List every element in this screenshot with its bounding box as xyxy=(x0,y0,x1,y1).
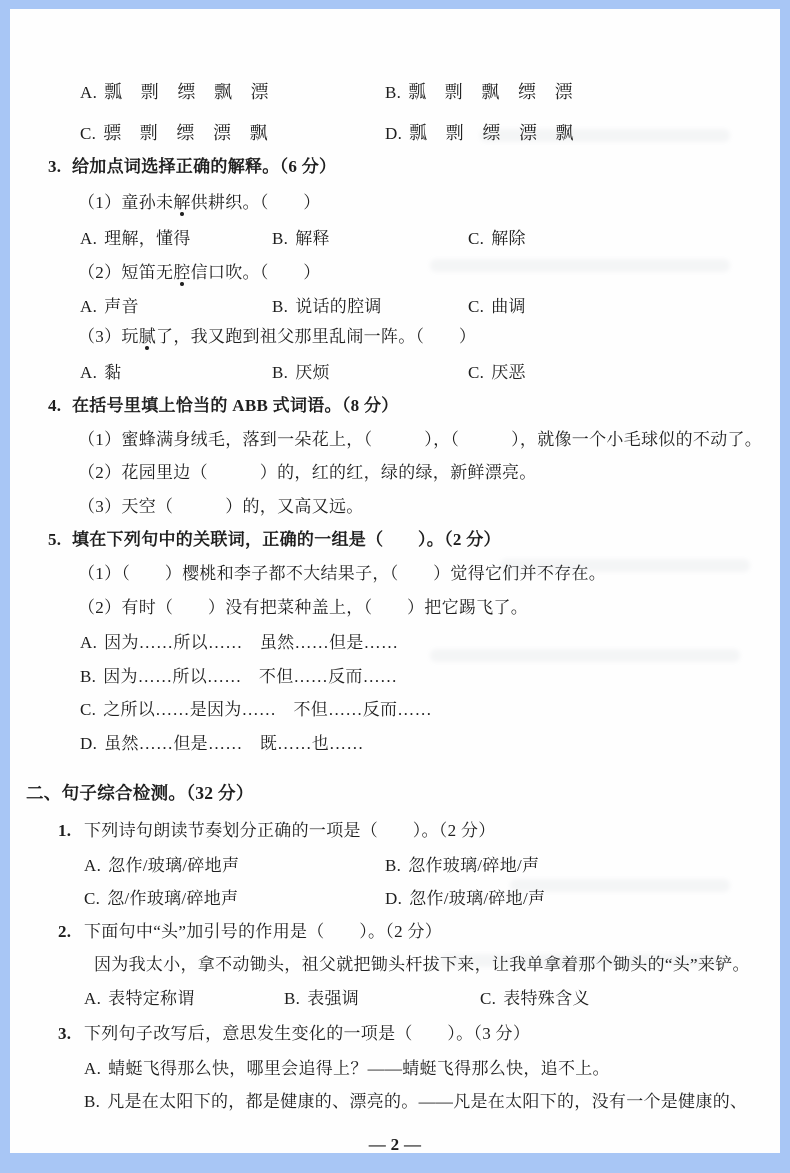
option-b: B.表强调 xyxy=(284,985,359,1013)
option-label: A. xyxy=(84,989,101,1008)
char-options-row-1: A.瓢 剽 缥 飘 漂 B.瓢 剽 飘 缥 漂 xyxy=(80,78,760,106)
bleedthrough-smudge xyxy=(430,649,740,662)
option-text: 瓢 剽 缥 漂 飘 xyxy=(409,123,574,143)
option-a: A.表特定称谓 xyxy=(84,985,195,1013)
question-number: 3. xyxy=(48,153,72,181)
option-text: 因为……所以…… 不但……反而…… xyxy=(103,667,397,686)
option-a: A.瓢 剽 缥 飘 漂 xyxy=(80,78,269,107)
option-b: B.瓢 剽 飘 缥 漂 xyxy=(385,78,573,107)
option-b: B.厌烦 xyxy=(272,359,330,387)
option-text: 声音 xyxy=(104,297,139,316)
option-text: 虽然……但是…… 既……也…… xyxy=(104,734,364,753)
q3-item-1-options: A.理解，懂得 B.解释 C.解除 xyxy=(80,225,760,253)
option-a: A.理解，懂得 xyxy=(80,225,191,253)
question-4-title: 4.在括号里填上恰当的 ABB 式词语。（8 分） xyxy=(48,392,399,420)
option-text: 忽/作玻璃/碎地声 xyxy=(107,889,238,908)
q5-option-b: B.因为……所以…… 不但……反而…… xyxy=(80,663,397,691)
page-number: — 2 — xyxy=(10,1131,780,1159)
option-label: C. xyxy=(468,297,484,316)
item-label: （1） xyxy=(78,193,121,212)
s2-q1-options-row-2: C.忽/作玻璃/碎地声 D.忽作/玻璃/碎地/声 xyxy=(84,885,760,913)
s2-q3-option-b: B.凡是在太阳下的，都是健康的、漂亮的。——凡是在太阳下的，没有一个是健康的、 xyxy=(84,1088,747,1116)
s2-q3-option-a: A.蜻蜓飞得那么快，哪里会追得上？——蜻蜓飞得那么快，追不上。 xyxy=(84,1055,610,1083)
option-label: D. xyxy=(385,124,402,143)
s2-question-1-title: 1.下列诗句朗读节奏划分正确的一项是（ ）。（2 分） xyxy=(58,817,496,845)
option-text: 表强调 xyxy=(307,989,359,1008)
option-text: 厌烦 xyxy=(295,363,330,382)
bleedthrough-smudge xyxy=(430,259,730,272)
option-label: D. xyxy=(80,734,97,753)
option-text: 忽作玻璃/碎地/声 xyxy=(408,856,539,875)
q4-item-3: （3）天空（ ）的，又高又远。 xyxy=(78,493,364,521)
item-post: 供耕织。（ ） xyxy=(191,193,321,212)
option-label: C. xyxy=(468,363,484,382)
option-d: D.瓢 剽 缥 漂 飘 xyxy=(385,119,574,148)
option-label: C. xyxy=(80,700,96,719)
option-label: B. xyxy=(84,1092,100,1111)
item-pre: 短笛无 xyxy=(121,263,173,282)
q3-item-3: （3）玩腻了，我又跑到祖父那里乱闹一阵。（ ） xyxy=(78,323,476,351)
option-label: C. xyxy=(480,989,496,1008)
option-text: 之所以……是因为…… 不但……反而…… xyxy=(103,700,432,719)
item-label: （2） xyxy=(78,263,121,282)
option-label: C. xyxy=(80,124,96,143)
q4-item-2: （2）花园里边（ ）的，红的红，绿的绿，新鲜漂亮。 xyxy=(78,459,537,487)
question-number: 1. xyxy=(58,817,84,845)
option-text: 黏 xyxy=(104,363,121,382)
option-label: A. xyxy=(84,856,101,875)
scan-border: A.瓢 剽 缥 飘 漂 B.瓢 剽 飘 缥 漂 C.骠 剽 缥 漂 飘 D.瓢 … xyxy=(0,0,790,1173)
option-a: A.忽作/玻璃/碎地声 xyxy=(84,852,239,880)
char-options-row-2: C.骠 剽 缥 漂 飘 D.瓢 剽 缥 漂 飘 xyxy=(80,119,760,147)
question-number: 2. xyxy=(58,918,84,946)
question-5-title: 5.填在下列句中的关联词，正确的一组是（ ）。（2 分） xyxy=(48,526,501,554)
q5-option-a: A.因为……所以…… 虽然……但是…… xyxy=(80,629,398,657)
option-c: C.厌恶 xyxy=(468,359,526,387)
question-title-text: 在括号里填上恰当的 ABB 式词语。（8 分） xyxy=(72,396,399,415)
option-text: 理解，懂得 xyxy=(104,229,191,248)
option-label: B. xyxy=(284,989,300,1008)
s2-question-2-title: 2.下面句中“头”加引号的作用是（ ）。（2 分） xyxy=(58,918,442,946)
q5-item-1: （1）（ ）樱桃和李子都不大结果子，（ ）觉得它们并不存在。 xyxy=(78,560,606,588)
option-text: 表特定称谓 xyxy=(108,989,195,1008)
q3-item-3-options: A.黏 B.厌烦 C.厌恶 xyxy=(80,359,760,387)
question-3-title: 3.给加点词选择正确的解释。（6 分） xyxy=(48,153,336,181)
s2-question-3-title: 3.下列句子改写后，意思发生变化的一项是（ ）。（3 分） xyxy=(58,1020,530,1048)
option-c: C.解除 xyxy=(468,225,526,253)
option-text: 骠 剽 缥 漂 飘 xyxy=(103,123,268,143)
dotted-word: 解 xyxy=(173,193,190,212)
option-text: 瓢 剽 缥 飘 漂 xyxy=(104,82,269,102)
option-label: A. xyxy=(84,1059,101,1078)
q3-item-2: （2）短笛无腔信口吹。（ ） xyxy=(78,259,321,287)
option-label: B. xyxy=(272,297,288,316)
option-label: A. xyxy=(80,83,97,102)
option-c: C.表特殊含义 xyxy=(480,985,590,1013)
option-label: D. xyxy=(385,889,402,908)
question-number: 3. xyxy=(58,1020,84,1048)
q5-item-2: （2）有时（ ）没有把菜种盖上，（ ）把它踢飞了。 xyxy=(78,594,528,622)
item-post: 信口吹。（ ） xyxy=(191,263,321,282)
option-text: 解释 xyxy=(295,229,330,248)
option-label: B. xyxy=(272,229,288,248)
option-b: B.解释 xyxy=(272,225,330,253)
option-text: 凡是在太阳下的，都是健康的、漂亮的。——凡是在太阳下的，没有一个是健康的、 xyxy=(107,1092,747,1111)
option-label: C. xyxy=(84,889,100,908)
option-text: 瓢 剽 飘 缥 漂 xyxy=(408,82,573,102)
dotted-word: 腻 xyxy=(139,327,156,346)
option-text: 忽作/玻璃/碎地/声 xyxy=(409,889,545,908)
question-number: 4. xyxy=(48,392,72,420)
q3-item-1: （1）童孙未解供耕织。（ ） xyxy=(78,189,321,217)
option-c: C.曲调 xyxy=(468,293,526,321)
q3-item-2-options: A.声音 B.说话的腔调 C.曲调 xyxy=(80,293,760,321)
item-pre: 玩 xyxy=(121,327,138,346)
q5-option-c: C.之所以……是因为…… 不但……反而…… xyxy=(80,696,432,724)
item-pre: 童孙未 xyxy=(121,193,173,212)
test-paper-page: A.瓢 剽 缥 飘 漂 B.瓢 剽 飘 缥 漂 C.骠 剽 缥 漂 飘 D.瓢 … xyxy=(10,9,780,1153)
option-text: 解除 xyxy=(491,229,526,248)
option-text: 因为……所以…… 虽然……但是…… xyxy=(104,633,398,652)
section-2-title: 二、句子综合检测。（32 分） xyxy=(26,779,254,807)
option-c: C.忽/作玻璃/碎地声 xyxy=(84,885,238,913)
option-d: D.忽作/玻璃/碎地/声 xyxy=(385,885,545,913)
option-c: C.骠 剽 缥 漂 飘 xyxy=(80,119,268,148)
option-text: 厌恶 xyxy=(491,363,526,382)
question-title-text: 填在下列句中的关联词，正确的一组是（ ）。（2 分） xyxy=(72,530,501,549)
question-title-text: 下列句子改写后，意思发生变化的一项是（ ）。（3 分） xyxy=(84,1024,530,1043)
option-label: A. xyxy=(80,633,97,652)
q5-option-d: D.虽然……但是…… 既……也…… xyxy=(80,730,364,758)
option-text: 说话的腔调 xyxy=(295,297,382,316)
option-label: B. xyxy=(385,83,401,102)
s2-q2-sentence: 因为我太小，拿不动锄头，祖父就把锄头杆拔下来，让我单拿着那个锄头的“头”来铲。 xyxy=(94,951,750,979)
dotted-word: 腔 xyxy=(173,263,190,282)
option-b: B.忽作玻璃/碎地/声 xyxy=(385,852,539,880)
option-label: B. xyxy=(385,856,401,875)
question-number: 5. xyxy=(48,526,72,554)
option-label: A. xyxy=(80,229,97,248)
option-text: 蜻蜓飞得那么快，哪里会追得上？——蜻蜓飞得那么快，追不上。 xyxy=(108,1059,610,1078)
option-b: B.说话的腔调 xyxy=(272,293,382,321)
option-label: A. xyxy=(80,363,97,382)
option-text: 表特殊含义 xyxy=(503,989,590,1008)
item-post: 了，我又跑到祖父那里乱闹一阵。（ ） xyxy=(156,327,476,346)
item-label: （3） xyxy=(78,327,121,346)
option-label: B. xyxy=(80,667,96,686)
question-title-text: 给加点词选择正确的解释。（6 分） xyxy=(72,157,336,176)
option-a: A.声音 xyxy=(80,293,139,321)
option-text: 忽作/玻璃/碎地声 xyxy=(108,856,239,875)
q4-item-1: （1）蜜蜂满身绒毛，落到一朵花上，（ ），（ ），就像一个小毛球似的不动了。 xyxy=(78,426,762,454)
s2-q2-options: A.表特定称谓 B.表强调 C.表特殊含义 xyxy=(84,985,760,1013)
question-title-text: 下列诗句朗读节奏划分正确的一项是（ ）。（2 分） xyxy=(84,821,496,840)
question-title-text: 下面句中“头”加引号的作用是（ ）。（2 分） xyxy=(84,922,442,941)
option-text: 曲调 xyxy=(491,297,526,316)
option-label: A. xyxy=(80,297,97,316)
option-label: C. xyxy=(468,229,484,248)
option-a: A.黏 xyxy=(80,359,121,387)
s2-q1-options-row-1: A.忽作/玻璃/碎地声 B.忽作玻璃/碎地/声 xyxy=(84,852,760,880)
option-label: B. xyxy=(272,363,288,382)
